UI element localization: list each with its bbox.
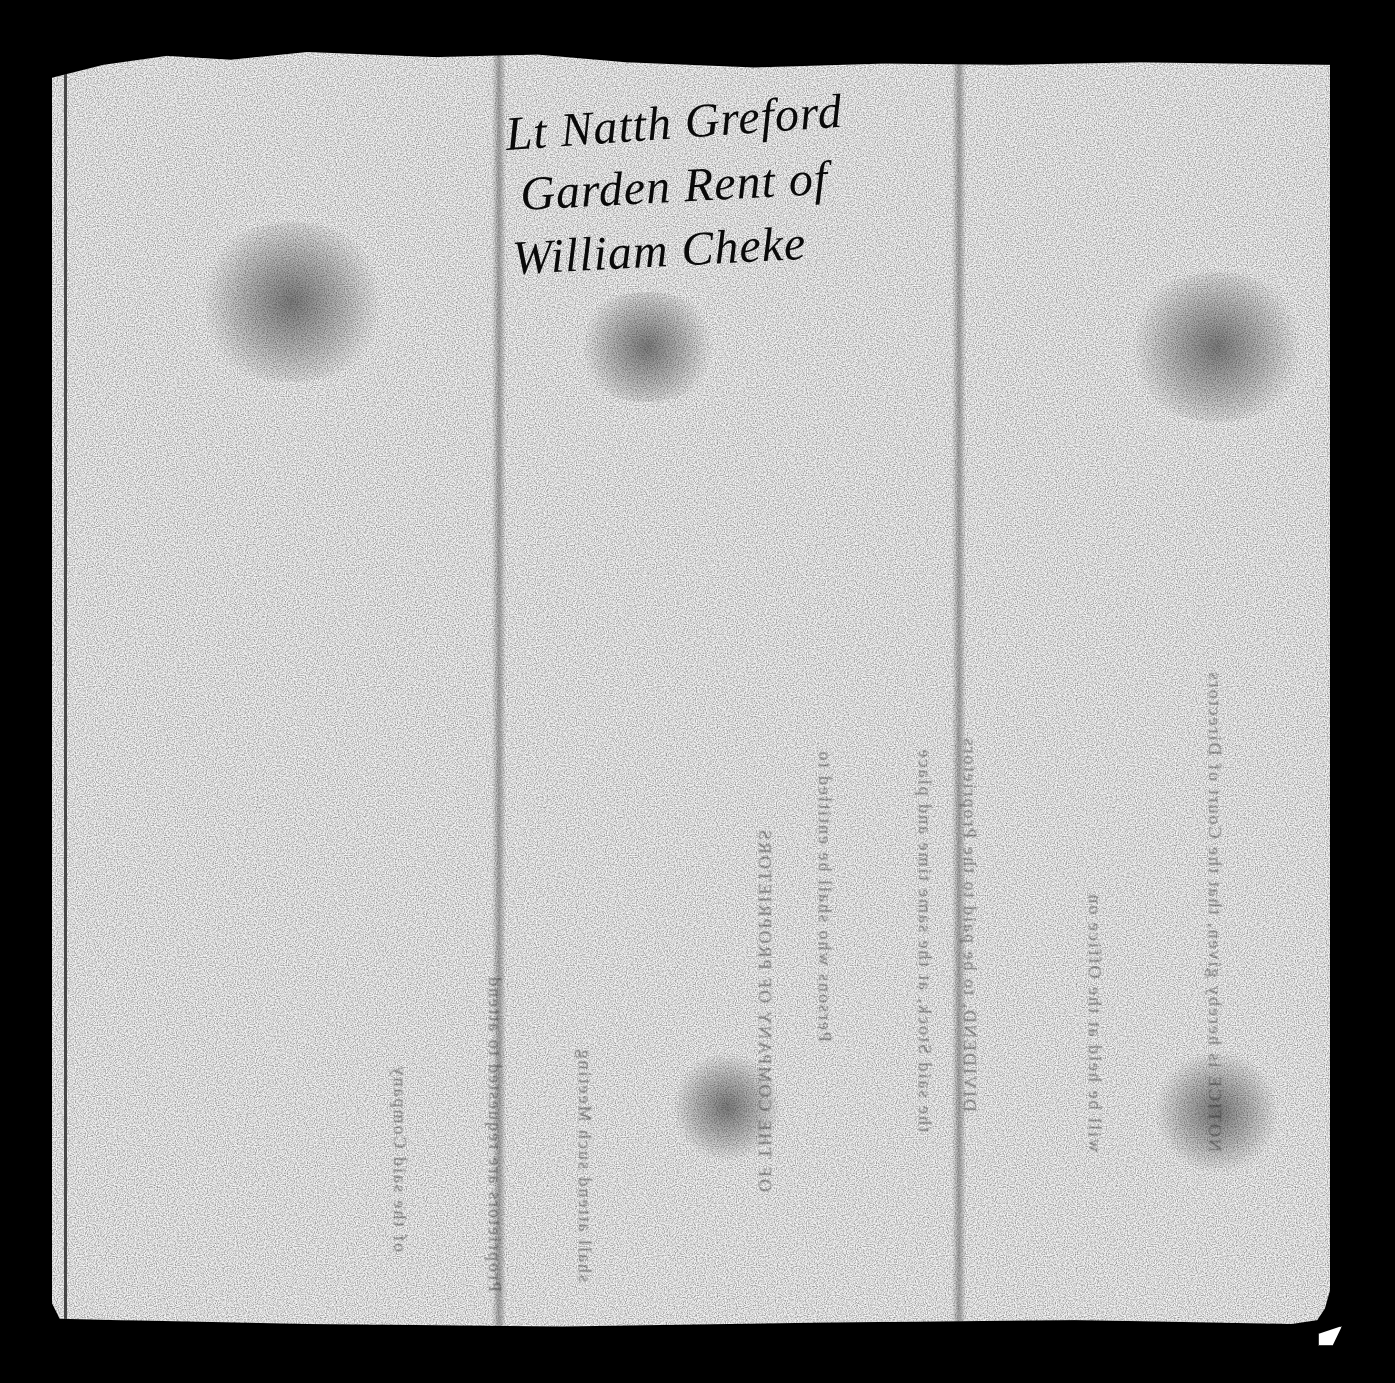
bleed-through-text: the said Stock, at the same time and pla…	[912, 252, 938, 1132]
bleed-through-text: OF THE COMPANY OF PROPRIETORS	[752, 292, 778, 1192]
bleed-through-text: of the said Company	[387, 252, 413, 1252]
bleed-through-text: NOTICE is hereby given, that the Court o…	[1202, 152, 1228, 1152]
bleed-through-text: Proprietors are requested to attend	[482, 392, 508, 1292]
torn-corner	[1318, 1326, 1342, 1346]
bleed-through-text: DIVIDEND, to be paid to the Proprietors	[957, 212, 983, 1112]
bleed-through-text: Persons who shall be entitled to	[812, 342, 838, 1042]
handwritten-docket: Lt Natth Greford Garden Rent of William …	[500, 88, 940, 280]
bleed-through-text: shall attend such Meeting	[572, 382, 598, 1282]
left-edge-line	[64, 72, 67, 1332]
bleed-through-text: will be held at the Office on	[1082, 152, 1108, 1152]
stain	[192, 222, 392, 382]
